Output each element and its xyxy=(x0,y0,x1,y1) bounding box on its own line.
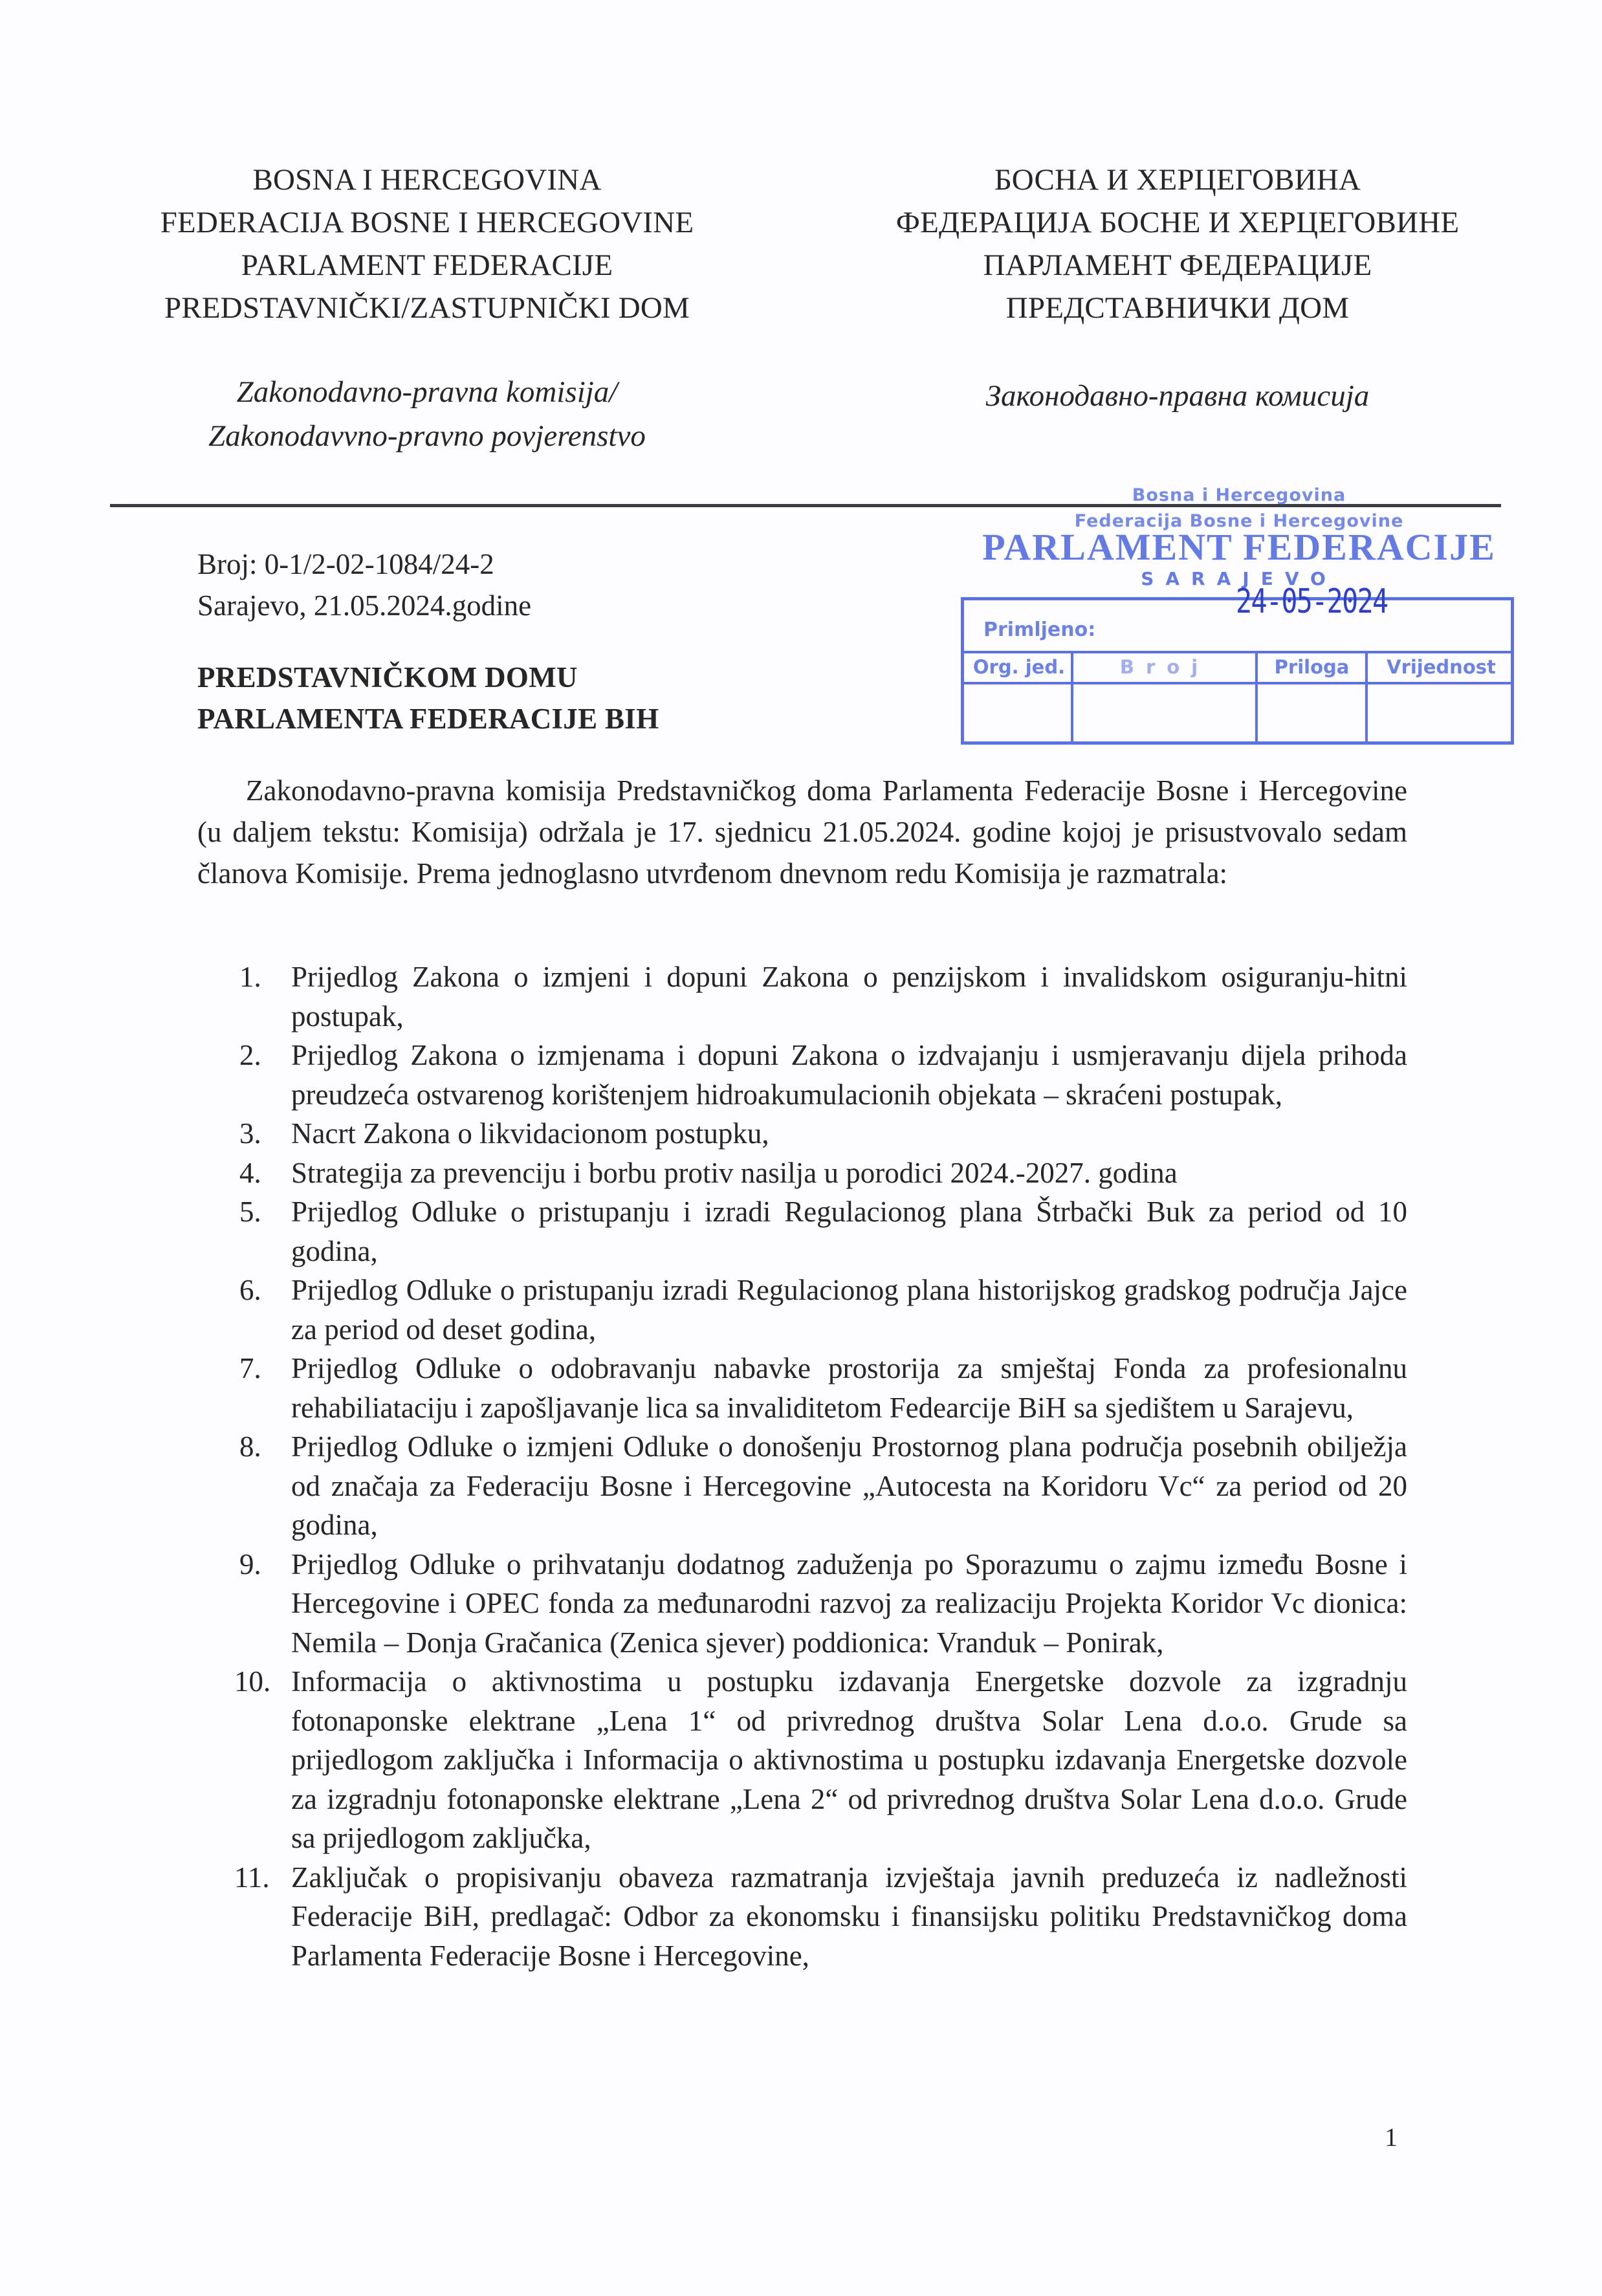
agenda-item-number: 10. xyxy=(234,1662,280,1701)
agenda-item-number: 11. xyxy=(234,1858,280,1897)
stamp-col-number: Broj xyxy=(1074,656,1255,678)
agenda-item-text: Prijedlog Odluke o pristupanju izradi Re… xyxy=(291,1274,1407,1346)
agenda-item: 7.Prijedlog Odluke o odobravanju nabavke… xyxy=(239,1349,1407,1427)
recipient-line: PREDSTAVNIČKOM DOMU xyxy=(197,657,659,698)
stamp-column-divider xyxy=(1365,653,1368,741)
agenda-item: 11.Zaključak o propisivanju obaveza razm… xyxy=(239,1858,1407,1976)
agenda-item: 5.Prijedlog Odluke o pristupanju i izrad… xyxy=(239,1192,1407,1271)
stamp-institution: PARLAMENT FEDERACIJE xyxy=(958,525,1520,569)
intro-paragraph: Zakonodavno-pravna komisija Predstavničk… xyxy=(197,770,1407,894)
received-stamp: Bosna i Hercegovina Federacija Bosne i H… xyxy=(958,485,1520,750)
recipient-line: PARLAMENTA FEDERACIJE BIH xyxy=(197,698,659,739)
stamp-divider xyxy=(964,651,1511,653)
agenda-item: 9.Prijedlog Odluke o prihvatanju dodatno… xyxy=(239,1545,1407,1663)
stamp-col-org: Org. jed. xyxy=(967,656,1071,678)
agenda-item-number: 6. xyxy=(239,1271,285,1310)
agenda-item: 10.Informacija o aktivnostima u postupku… xyxy=(239,1662,1407,1858)
recipient: PREDSTAVNIČKOM DOMU PARLAMENTA FEDERACIJ… xyxy=(197,657,659,739)
agenda-item-text: Informacija o aktivnostima u postupku iz… xyxy=(291,1665,1407,1854)
stamp-received-date: 24-05-2024 xyxy=(1236,582,1387,621)
letterhead-line: BOSNA I HERCEGOVINA xyxy=(129,159,725,201)
agenda-item-text: Zaključak o propisivanju obaveza razmatr… xyxy=(291,1861,1407,1972)
stamp-column-divider xyxy=(1071,653,1073,741)
agenda-item-text: Prijedlog Odluke o prihvatanju dodatnog … xyxy=(291,1548,1407,1659)
agenda-item: 2.Prijedlog Zakona o izmjenama i dopuni … xyxy=(239,1036,1407,1114)
agenda-item-text: Prijedlog Odluke o izmjeni Odluke o dono… xyxy=(291,1430,1407,1541)
letterhead-line: ПАРЛАМЕНТ ФЕДЕРАЦИЈЕ xyxy=(835,244,1520,287)
agenda-item: 1.Prijedlog Zakona o izmjeni i dopuni Za… xyxy=(239,957,1407,1036)
commission-line: Zakonodavvno-pravno povjerenstvo xyxy=(129,414,725,458)
commission-name-cyrillic: Законодавно-правна комисија xyxy=(835,374,1520,418)
agenda-item-number: 1. xyxy=(239,957,285,997)
stamp-col-value: Vrijednost xyxy=(1368,656,1514,678)
stamp-col-attachments: Priloga xyxy=(1258,656,1365,678)
agenda-item-number: 3. xyxy=(239,1114,285,1153)
agenda-item-number: 5. xyxy=(239,1192,285,1232)
letterhead-line: PARLAMENT FEDERACIJE xyxy=(129,244,725,287)
agenda-item-number: 7. xyxy=(239,1349,285,1388)
document-reference: Broj: 0-1/2-02-1084/24-2 Sarajevo, 21.05… xyxy=(197,543,531,626)
agenda-item-number: 9. xyxy=(239,1545,285,1584)
letterhead-latin: BOSNA I HERCEGOVINA FEDERACIJA BOSNE I H… xyxy=(129,159,725,329)
document-place-date: Sarajevo, 21.05.2024.godine xyxy=(197,585,531,626)
agenda-list: 1.Prijedlog Zakona o izmjeni i dopuni Za… xyxy=(239,957,1407,1975)
letterhead-cyrillic: БОСНА И ХЕРЦЕГОВИНА ФЕДЕРАЦИЈА БОСНЕ И Х… xyxy=(835,159,1520,329)
agenda-item-text: Prijedlog Odluke o odobravanju nabavke p… xyxy=(291,1352,1407,1424)
document-number: Broj: 0-1/2-02-1084/24-2 xyxy=(197,543,531,585)
letterhead-line: ФЕДЕРАЦИЈА БОСНЕ И ХЕРЦЕГОВИНЕ xyxy=(835,201,1520,244)
stamp-column-divider xyxy=(1255,653,1258,741)
agenda-item-number: 2. xyxy=(239,1036,285,1075)
agenda-item-text: Nacrt Zakona o likvidacionom postupku, xyxy=(291,1117,769,1150)
agenda-item: 6.Prijedlog Odluke o pristupanju izradi … xyxy=(239,1271,1407,1349)
agenda-item: 3.Nacrt Zakona o likvidacionom postupku, xyxy=(239,1114,1407,1153)
agenda-item-number: 4. xyxy=(239,1153,285,1193)
letterhead-line: FEDERACIJA BOSNE I HERCEGOVINE xyxy=(129,201,725,244)
agenda-item: 4.Strategija za prevenciju i borbu proti… xyxy=(239,1153,1407,1193)
agenda-item-text: Strategija za prevenciju i borbu protiv … xyxy=(291,1157,1178,1189)
stamp-divider xyxy=(964,682,1511,684)
stamp-country: Bosna i Hercegovina xyxy=(958,485,1520,505)
agenda-item-text: Prijedlog Odluke o pristupanju i izradi … xyxy=(291,1196,1407,1267)
letterhead-line: ПРЕДСТАВНИЧКИ ДОМ xyxy=(835,287,1520,329)
agenda-item-number: 8. xyxy=(239,1427,285,1467)
page-number: 1 xyxy=(1385,2122,1398,2152)
agenda-item: 8.Prijedlog Odluke o izmjeni Odluke o do… xyxy=(239,1427,1407,1545)
commission-line: Zakonodavno-pravna komisija/ xyxy=(129,370,725,414)
agenda-item-text: Prijedlog Zakona o izmjeni i dopuni Zako… xyxy=(291,961,1407,1033)
letterhead-line: PREDSTAVNIČKI/ZASTUPNIČKI DOM xyxy=(129,287,725,329)
stamp-received-label: Primljeno: xyxy=(983,618,1095,641)
agenda-item-text: Prijedlog Zakona o izmjenama i dopuni Za… xyxy=(291,1039,1407,1111)
commission-name-latin: Zakonodavno-pravna komisija/ Zakonodavvn… xyxy=(129,370,725,458)
letterhead-line: БОСНА И ХЕРЦЕГОВИНА xyxy=(835,159,1520,201)
